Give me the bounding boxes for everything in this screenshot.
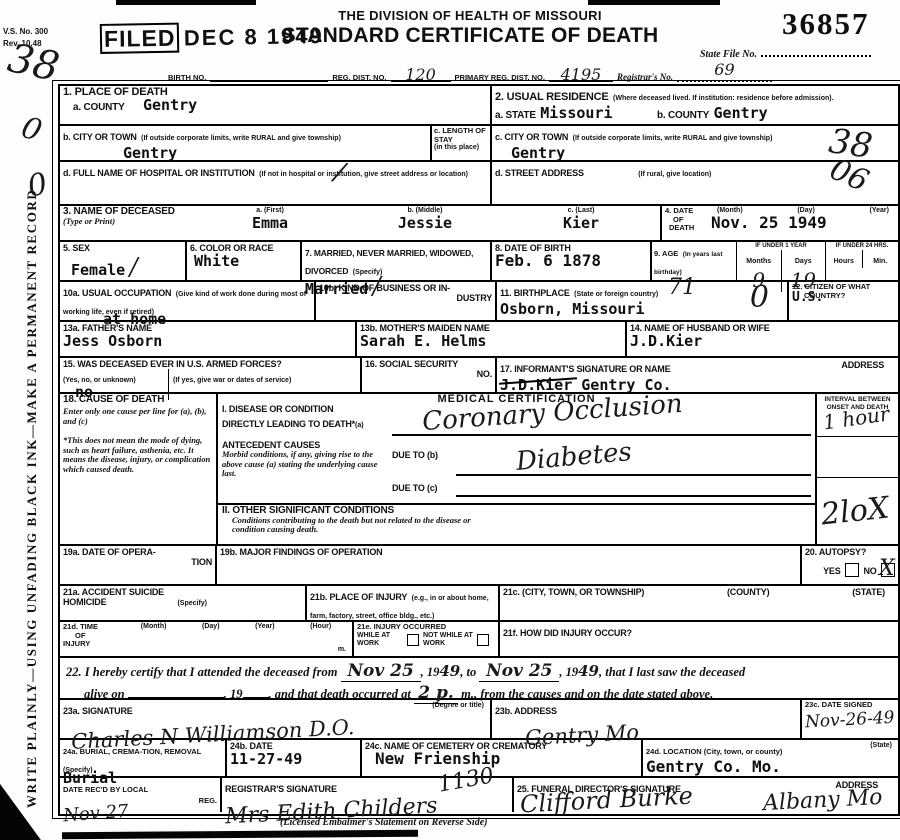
funeral-director-cell: 25. FUNERAL DIRECTOR'S SIGNATURE ADDRESS… [514,778,898,812]
age-under24-block: IF UNDER 24 HRS. Hours Min. [826,242,898,280]
name-label-note: (Type or Print) [63,217,195,227]
dod-label-1: 4. DATE [665,207,711,216]
row-4: 10a. USUAL OCCUPATION (Give kind of work… [60,282,898,322]
cert-to-blank: Nov 25 [479,661,559,682]
pod-hospital-label: d. FULL NAME OF HOSPITAL OR INSTITUTION [63,168,255,178]
name-label-block: 3. NAME OF DECEASED (Type or Print) [63,207,195,239]
accident-note: (Specify) [177,600,207,607]
interval-a-blank: 1 hour [817,414,898,437]
injury-time-label-3: INJURY [63,640,123,649]
cert-from-blank: Nov 25 [341,661,421,682]
row-12: 23a. SIGNATURE (Degree or title) Charles… [60,700,898,740]
cert-alive-blank [128,697,224,698]
informant-cell: 17. INFORMANT'S SIGNATURE OR NAME ADDRES… [497,358,898,392]
mother-cell: 13b. MOTHER'S MAIDEN NAME Sarah E. Helms [357,322,627,356]
death-certificate-page: V.S. No. 300 Rev. 10.48 FILED DEC 8 1949… [0,0,900,840]
accident-cell: 21a. ACCIDENT SUICIDE HOMICIDE (Specify) [60,586,307,620]
age-min-block: Min. [863,250,899,268]
name-last-block: c. (Last) Kier [505,207,657,239]
date-received-label-1: DATE REC'D BY LOCAL [63,785,148,794]
hours-label: Hours [834,258,854,265]
sex-cell: 5. SEX Female / [60,242,187,280]
margin-handwriting-o1: 0 [17,110,46,149]
disease-blank: Coronary Occlusion [392,404,811,436]
place-of-death-title: 1. PLACE OF DEATH [63,87,487,97]
injury-county-label: (COUNTY) [727,587,769,619]
dob-value: Feb. 6 1878 [495,253,647,269]
date-received-cell: DATE REC'D BY LOCAL REG. Nov 27 [60,778,222,812]
row-5: 13a. FATHER'S NAME Jess Osborn 13b. MOTH… [60,322,898,358]
ur-state-label: a. STATE [495,110,536,121]
birthplace-handwriting: 0 [750,280,769,315]
usual-residence-title: 2. USUAL RESIDENCE [495,91,609,103]
cert-to-year: 49 [578,662,599,680]
antecedent-note: Morbid conditions, if any, giving rise t… [222,450,392,479]
name-first-block: a. (First) Emma [195,207,345,239]
registrar-signature-label: REGISTRAR'S SIGNATURE [225,784,337,794]
ssn-cell: 16. SOCIAL SECURITY NO. [362,358,497,392]
medical-certification-cell: MEDICAL CERTIFICATION I. DISEASE OR COND… [218,394,817,544]
other-conditions-block: II. OTHER SIGNIFICANT CONDITIONS Conditi… [218,503,815,536]
cert-from-value: Nov 25 [347,661,413,681]
row-1c: d. FULL NAME OF HOSPITAL OR INSTITUTION … [60,162,898,206]
ur-street-label: d. STREET ADDRESS [495,168,584,178]
occupation-cell: 10a. USUAL OCCUPATION (Give kind of work… [60,282,316,320]
injury-occurred-label: 21e. INJURY OCCURRED [357,623,495,632]
sex-label: 5. SEX [63,243,182,253]
certificate-form: 1. PLACE OF DEATH a. COUNTY Gentry 2. US… [58,84,900,816]
cause-note-2: *This does not mean the mode of dying, s… [63,436,213,474]
father-value: Jess Osborn [63,333,352,349]
registrar-no-value: 69 [714,60,734,79]
pod-city-label: b. CITY OR TOWN [63,132,137,142]
mother-value: Sarah E. Helms [360,333,622,349]
certification-line-1: 22. I hereby certify that I attended the… [60,658,898,682]
cause-note-1: Enter only one cause per line for (a), (… [63,407,213,426]
pod-city-cell: b. CITY OR TOWN (If outside corporate li… [60,126,432,160]
informant-address-label: ADDRESS [841,360,884,370]
injury-day-label: (Day) [202,623,220,655]
interval-cell: INTERVAL BETWEEN ONSET AND DEATH 1 hour … [817,394,898,544]
occupation-label: 10a. USUAL OCCUPATION [63,288,171,298]
burial-location-label: 24d. LOCATION (City, town, or county) [646,747,782,756]
burial-date-value: 11-27-49 [230,751,357,767]
filed-stamp-word: FILED [100,23,180,54]
accident-label: 21a. ACCIDENT SUICIDE HOMICIDE [63,587,173,607]
ur-county-label: b. COUNTY [657,110,709,121]
interval-other-blank: 2loX [817,478,898,534]
not-while-at-work-label: NOT WHILE AT WORK [423,632,473,648]
dod-value: Nov. 25 1949 [711,215,895,231]
interval-other-handwriting: 2loX [819,491,890,533]
spouse-cell: 14. NAME OF HUSBAND OR WIFE J.D.Kier [627,322,898,356]
burial-location-cell: 24d. LOCATION (City, town, or county) (S… [643,740,898,776]
birthplace-value: Osborn, Missouri [500,301,784,317]
injury-time-label-block: 21d. TIME OF INJURY [63,623,123,655]
name-first-value: Emma [195,215,345,231]
cert-seg-9: m., from the causes and on the date stat… [461,687,713,701]
registrar-no-blank: 69 [677,60,772,82]
business-label-2: DUSTRY [319,293,492,303]
cert-alive-year-blank [243,697,269,698]
operation-date-label-1: 19a. DATE OF OPERA- [63,547,212,557]
ur-state-value: Missouri [540,104,612,122]
footer-note: (Licensed Embalmer's Statement on Revers… [280,818,487,828]
while-at-work-label: WHILE AT WORK [357,632,403,648]
autopsy-yes-checkbox [845,563,859,577]
pod-hospital-cell: d. FULL NAME OF HOSPITAL OR INSTITUTION … [60,162,492,204]
father-cell: 13a. FATHER'S NAME Jess Osborn [60,322,357,356]
row-8: 19a. DATE OF OPERA- TION 19b. MAJOR FIND… [60,546,898,586]
pod-stay-label: c. LENGTH OF STAY [434,127,488,144]
form-number: V.S. No. 300 [3,28,48,36]
birthplace-cell: 11. BIRTHPLACE (State or foreign country… [497,282,789,320]
due-b-blank: Diabetes [456,450,811,476]
autopsy-cell: 20. AUTOPSY? YES NO X [802,546,898,584]
cert-seg-1: 22. I hereby certify that I attended the… [66,665,337,679]
cert-seg-4: , 19 [559,665,578,679]
certificate-number: 36857 [782,6,870,42]
ur-city-label: c. CITY OR TOWN [495,132,568,142]
registration-line: BIRTH NO. REG. DIST. NO. 120 PRIMARY REG… [168,60,896,82]
autopsy-options: YES NO X [805,561,895,579]
under24-label: IF UNDER 24 HRS. [826,242,898,250]
autopsy-no-mark: X [879,556,895,581]
pod-city-value: Gentry [123,145,427,161]
armed-forces-note-1: (Yes, no, or unknown) [63,377,136,384]
ur-street-note: (If rural, give location) [638,171,711,178]
age-value-block: 9. AGE (In years last birthday) 71 [652,242,737,280]
ur-city-note: (If outside corporate limits, write RURA… [573,135,773,142]
scan-artifact-bottom-bar [62,830,418,839]
operation-date-cell: 19a. DATE OF OPERA- TION [60,546,217,584]
dod-value-block: (Month) (Day) (Year) Nov. 25 1949 [711,207,895,239]
place-of-injury-cell: 21b. PLACE OF INJURY (e.g., in or about … [307,586,500,620]
race-value: White [194,253,297,269]
date-of-death-cell: 4. DATE OF DEATH (Month) (Day) (Year) No… [662,206,898,240]
armed-forces-note-2: (If yes, give war or dates of service) [173,377,291,384]
physician-signature-cell: 23a. SIGNATURE (Degree or title) Charles… [60,700,492,738]
how-injury-cell: 21f. HOW DID INJURY OCCUR? [500,622,898,656]
cert-seg-3: , to [460,665,476,679]
citizen-cell: 12. CITIZEN OF WHAT COUNTRY? U.S. [789,282,898,320]
autopsy-yes-label: YES [823,566,840,576]
funeral-address-value: Albany Mo [762,785,883,816]
due-c-line: DUE TO (c) [218,483,815,497]
autopsy-no-label: NO [863,566,876,576]
burial-type-cell: 24a. BURIAL, CREMA-TION, REMOVAL (Specif… [60,740,227,776]
usual-residence-note: (Where deceased lived. If institution: r… [613,95,834,102]
disease-label-1: I. DISEASE OR CONDITION [222,404,392,414]
cert-seg-5: , that I last saw the deceased [599,665,745,679]
informant-label: 17. INFORMANT'S SIGNATURE OR NAME [500,364,670,374]
injury-location-cell: 21c. (CITY, TOWN, OR TOWNSHIP) (COUNTY) … [500,586,898,620]
injury-hour-label: (Hour) [310,623,331,655]
name-middle-value: Jessie [345,215,505,231]
place-of-injury-label: 21b. PLACE OF INJURY [310,592,407,602]
row-1b: b. CITY OR TOWN (If outside corporate li… [60,126,898,162]
ssn-label-1: 16. SOCIAL SECURITY [365,359,492,369]
row-10: 21d. TIME OF INJURY (Month) (Day) (Year)… [60,622,898,658]
age-label: 9. AGE [654,249,678,258]
row-1a: 1. PLACE OF DEATH a. COUNTY Gentry 2. US… [60,86,898,126]
cert-from-year: 49 [439,662,460,680]
name-middle-block: b. (Middle) Jessie [345,207,505,239]
cert-seg-2: , 19 [421,665,440,679]
division-title: THE DIVISION OF HEALTH OF MISSOURI [300,8,640,23]
burial-date-cell: 24b. DATE 11-27-49 [227,740,362,776]
due-b-label: DUE TO (b) [392,450,456,479]
burial-location-value: Gentry Co. Mo. [646,759,895,775]
pod-county-label: a. COUNTY [73,102,125,113]
cert-seg-7: , 19 [224,687,243,701]
cause-left-cell: 18. CAUSE OF DEATH Enter only one cause … [60,394,218,544]
physician-address-cell: 23b. ADDRESS Gentry Mo [492,700,802,738]
dod-label-3: DEATH [669,224,711,233]
row-2: 3. NAME OF DECEASED (Type or Print) a. (… [60,206,898,242]
business-label-1: 10b. KIND OF BUSINESS OR IN- [319,283,492,293]
pod-stay-cell: c. LENGTH OF STAY (in this place) [432,126,492,160]
autopsy-no-checkbox: X [881,563,895,577]
dod-year-label: (Year) [870,207,889,215]
row-9: 21a. ACCIDENT SUICIDE HOMICIDE (Specify)… [60,586,898,622]
days-label: Days [795,258,812,265]
disease-a-label: (a) [355,422,364,429]
disease-label-2: DIRECTLY LEADING TO DEATH* [222,419,355,429]
row-3: 5. SEX Female / 6. COLOR OR RACE White 7… [60,242,898,282]
state-file-no-label: State File No. [700,49,757,60]
under1-label: IF UNDER 1 YEAR [737,242,825,250]
injury-state-label: (STATE) [852,587,885,619]
burial-type-label: 24a. BURIAL, CREMA-TION, REMOVAL [63,747,201,756]
name-cell: 3. NAME OF DECEASED (Type or Print) a. (… [60,206,662,240]
sex-value: Female [71,261,125,279]
other-conditions-note: Conditions contributing to the death but… [232,516,492,535]
cert-seg-8: , and that death occurred at [269,687,411,701]
age-cell: 9. AGE (In years last birthday) 71 IF UN… [652,242,898,280]
scan-artifact-top-right [588,0,720,5]
due-c-blank [456,483,811,497]
how-injury-label: 21f. HOW DID INJURY OCCUR? [503,628,632,638]
dod-label-block: 4. DATE OF DEATH [665,207,711,239]
injury-time-label-1: 21d. TIME [63,623,123,632]
injury-year-label: (Year) [255,623,274,655]
place-of-death-cell: 1. PLACE OF DEATH a. COUNTY Gentry [60,86,492,124]
row-7-cause-of-death: 18. CAUSE OF DEATH Enter only one cause … [60,394,898,546]
armed-forces-label: 15. WAS DECEASED EVER IN U.S. ARMED FORC… [63,359,357,369]
injury-city-label: 21c. (CITY, TOWN, OR TOWNSHIP) [503,587,644,619]
other-conditions-label: II. OTHER SIGNIFICANT CONDITIONS [222,506,811,516]
scan-artifact-top-left [116,0,256,5]
disease-line: I. DISEASE OR CONDITION DIRECTLY LEADING… [218,404,815,436]
operation-findings-label: 19b. MAJOR FINDINGS OF OPERATION [220,547,797,557]
age-under1-block: IF UNDER 1 YEAR Months 9 Days 19 [737,242,826,280]
while-at-work-checkbox [407,634,419,646]
ur-street-cell: d. STREET ADDRESS (If rural, give locati… [492,162,898,204]
due-c-spacer [222,483,392,497]
interval-b-blank [817,437,898,478]
spouse-value: J.D.Kier [630,333,895,349]
operation-findings-cell: 19b. MAJOR FINDINGS OF OPERATION [217,546,802,584]
marital-cell: 7. MARRIED, NEVER MARRIED, WIDOWED, DIVO… [302,242,492,280]
injury-time-cell: 21d. TIME OF INJURY (Month) (Day) (Year)… [60,622,354,656]
sex-handwriting: / [130,253,138,281]
injury-m-label: m. [338,646,346,654]
dob-cell: 8. DATE OF BIRTH Feb. 6 1878 [492,242,652,280]
injury-time-sublabels: (Month) (Day) (Year) (Hour) [123,623,349,655]
ssn-label-2: NO. [365,369,492,379]
cert-to-value: Nov 25 [486,661,552,681]
business-cell: 10b. KIND OF BUSINESS OR IN- DUSTRY [316,282,497,320]
due-c-label: DUE TO (c) [392,483,456,497]
cemetery-cell: 24c. NAME OF CEMETERY OR CREMATORY New F… [362,740,643,776]
months-label: Months [746,258,771,265]
burial-location-state-label: (State) [870,742,892,750]
date-signed-cell: 23c. DATE SIGNED Nov-26-49 [802,700,898,738]
state-file-no-blank [761,45,871,57]
min-label: Min. [873,258,887,265]
pod-stay-note: (in this place) [434,144,488,152]
cause-title: 18. CAUSE OF DEATH [63,395,213,405]
physician-address-label: 23b. ADDRESS [495,706,557,716]
not-while-at-work-checkbox [477,634,489,646]
operation-date-label-2: TION [63,557,212,567]
due-b-line: Morbid conditions, if any, giving rise t… [218,450,815,479]
race-cell: 6. COLOR OR RACE White [187,242,302,280]
cert-seg-6: alive on [84,687,125,701]
injury-month-label: (Month) [141,623,167,655]
date-signed-value: Nov-26-49 [805,707,896,732]
signature-label: 23a. SIGNATURE [63,706,133,716]
name-last-value: Kier [505,215,657,231]
cemetery-value: New Frienship [375,751,638,767]
usual-residence-cell: 2. USUAL RESIDENCE (Where deceased lived… [492,86,898,124]
injury-occurred-cell: 21e. INJURY OCCURRED WHILE AT WORK NOT W… [354,622,500,656]
disease-label-block: I. DISEASE OR CONDITION DIRECTLY LEADING… [222,404,392,436]
row-11-certification: 22. I hereby certify that I attended the… [60,658,898,700]
pod-county-value: Gentry [143,96,197,114]
ur-county-value: Gentry [714,104,768,122]
age-hours-block: Hours [826,250,863,268]
pod-city-note: (If outside corporate limits, write RURA… [141,135,341,142]
certificate-title: STANDARD CERTIFICATE OF DEATH [280,24,660,48]
birthplace-note: (State or foreign country) [574,291,658,298]
birthplace-label: 11. BIRTHPLACE [500,288,570,298]
row-6: 15. WAS DECEASED EVER IN U.S. ARMED FORC… [60,358,898,394]
armed-forces-cell: 15. WAS DECEASED EVER IN U.S. ARMED FORC… [60,358,362,392]
